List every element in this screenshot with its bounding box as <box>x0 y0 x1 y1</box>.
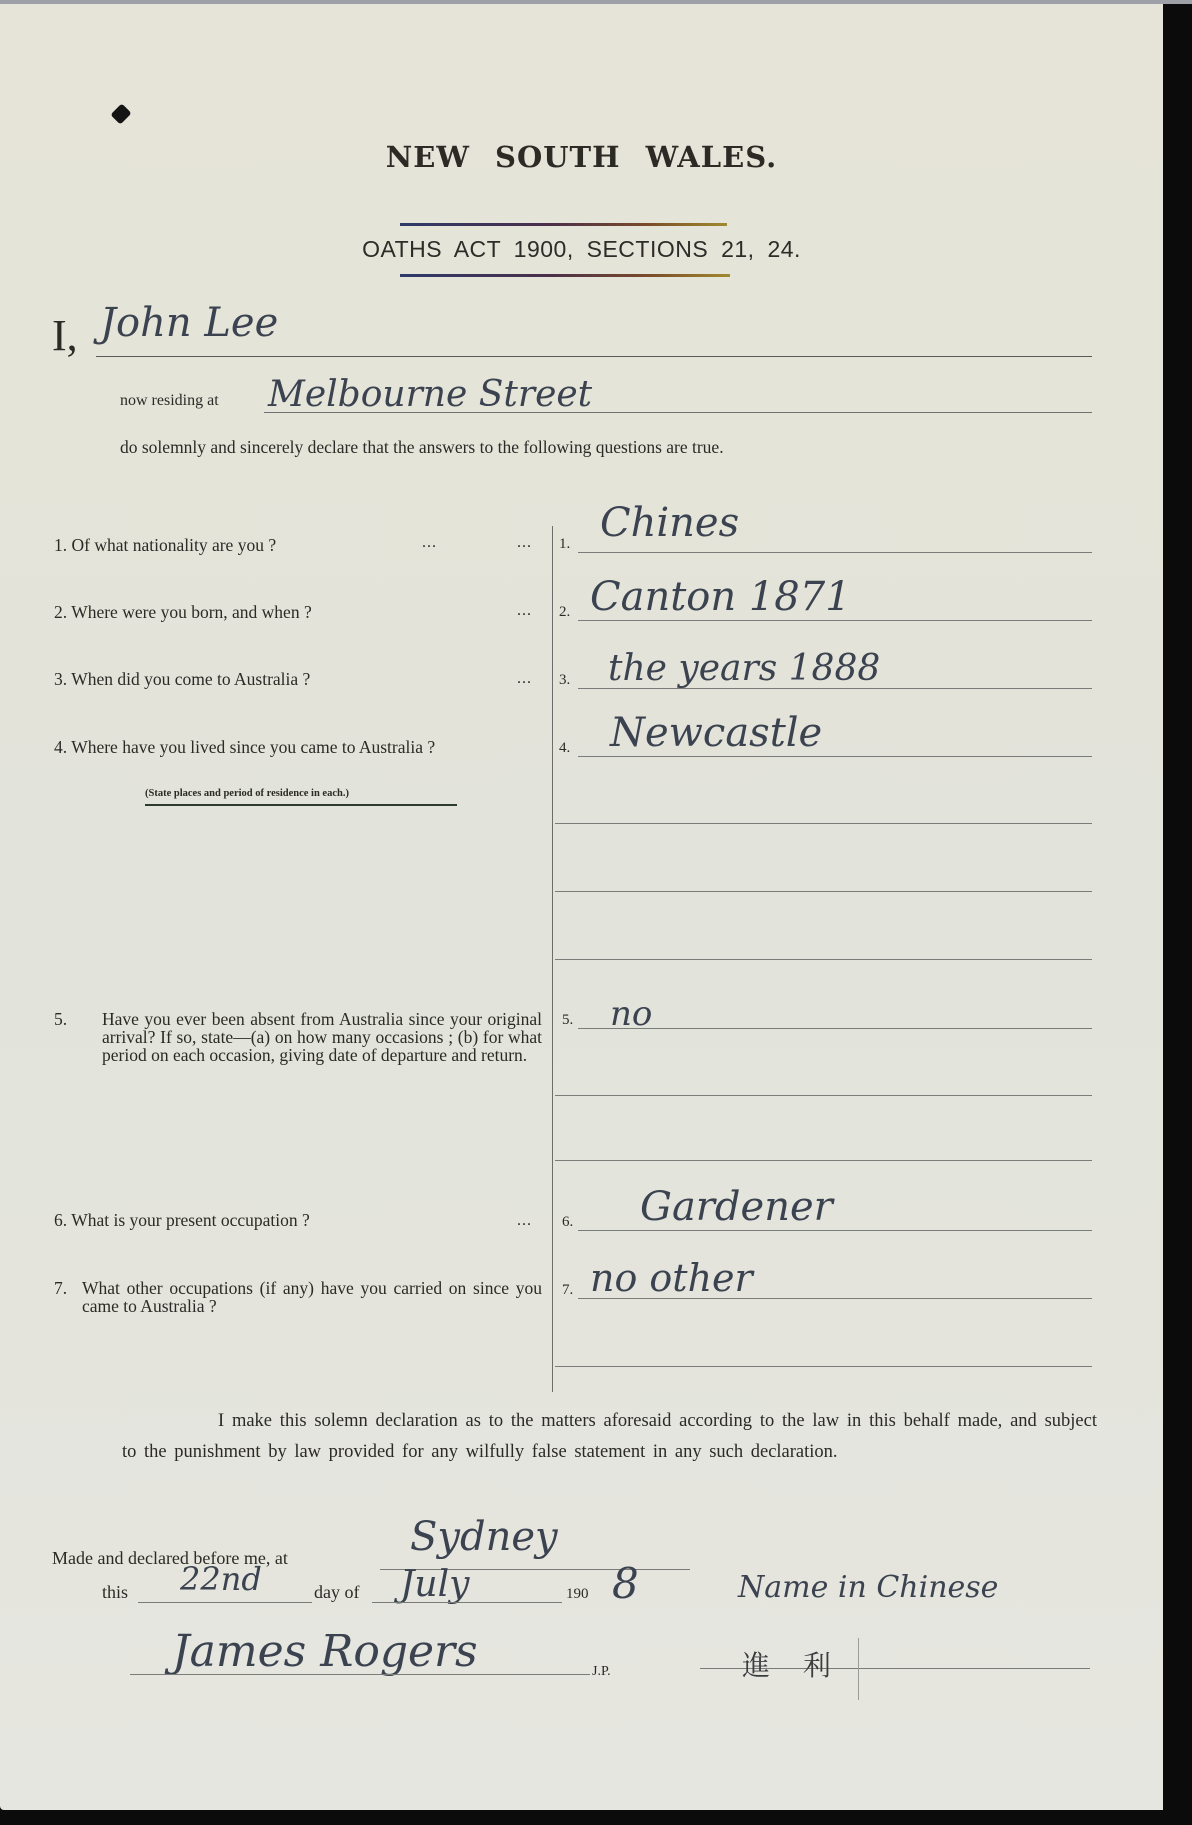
question-text: Where have you lived since you came to A… <box>71 737 435 757</box>
answer-number: 4. <box>559 740 570 757</box>
question-number: 1. <box>54 535 67 555</box>
answer-7-line <box>578 1298 1092 1299</box>
answer-number: 2. <box>559 604 570 621</box>
punch-hole-mark <box>110 103 131 124</box>
month-line <box>372 1602 562 1603</box>
question-number: 4. <box>54 737 67 757</box>
question-number: 5. <box>54 1010 67 1028</box>
answer-number: 6. <box>562 1214 573 1231</box>
question-text: Where were you born, and when ? <box>71 602 312 622</box>
answer-3-line <box>578 688 1092 689</box>
chinese-name-field[interactable]: 進 利 <box>742 1644 843 1684</box>
question-text: Of what nationality are you ? <box>72 535 277 555</box>
answer-1-field[interactable]: Chines <box>600 500 739 546</box>
answer-number: 1. <box>559 536 570 553</box>
answer-5-line-extra <box>555 1160 1092 1161</box>
declarant-name-field[interactable]: John Lee <box>100 300 278 346</box>
chinese-name-divider <box>858 1638 859 1700</box>
residence-field[interactable]: Melbourne Street <box>268 374 592 415</box>
answer-6-line <box>578 1230 1092 1231</box>
answer-number: 7. <box>562 1282 573 1299</box>
leader-dots: ... <box>517 1212 532 1230</box>
jp-signature-line <box>130 1674 590 1675</box>
answer-1-line <box>578 552 1092 553</box>
answer-4-field[interactable]: Newcastle <box>610 710 822 756</box>
question-text: What other occupations (if any) have you… <box>82 1279 542 1315</box>
question-3: 3. When did you come to Australia ? <box>54 670 310 688</box>
answer-7-field[interactable]: no other <box>590 1256 753 1300</box>
name-line <box>96 356 1092 357</box>
page-title: NEW SOUTH WALES. <box>0 140 1163 174</box>
answer-4-line <box>578 756 1092 757</box>
answer-4-line-extra <box>555 891 1092 892</box>
question-4: 4. Where have you lived since you came t… <box>54 738 538 756</box>
document-page: NEW SOUTH WALES. OATHS ACT 1900, SECTION… <box>0 4 1163 1810</box>
jp-label: J.P. <box>592 1664 611 1680</box>
question-1: 1. Of what nationality are you ? <box>54 536 276 554</box>
solemn-declaration-text: I make this solemn declaration as to the… <box>122 1406 1097 1468</box>
leader-dots: ... <box>517 602 532 620</box>
month-field[interactable]: July <box>400 1564 469 1605</box>
residing-label: now residing at <box>120 392 219 410</box>
answer-5-line-extra <box>555 1095 1092 1096</box>
residence-line <box>264 412 1092 413</box>
answer-5-line <box>578 1028 1092 1029</box>
question-number: 6. <box>54 1210 67 1230</box>
year-prefix: 190 <box>566 1586 589 1603</box>
title-rule-top <box>400 223 727 226</box>
day-of-label: day of <box>314 1582 359 1603</box>
question-text: When did you come to Australia ? <box>71 669 310 689</box>
jp-signature-field[interactable]: James Rogers <box>172 1626 478 1677</box>
answer-2-field[interactable]: Canton 1871 <box>590 574 851 620</box>
answer-3-field[interactable]: the years 1888 <box>608 648 880 689</box>
question-7: 7. What other occupations (if any) have … <box>54 1279 542 1315</box>
answer-4-line-extra <box>555 823 1092 824</box>
day-line <box>138 1602 312 1603</box>
question-text: What is your present occupation ? <box>71 1210 310 1230</box>
note-underline <box>145 804 457 806</box>
title-rule-bottom <box>400 274 730 277</box>
question-5: 5. Have you ever been absent from Austra… <box>54 1010 542 1064</box>
question-4-note: (State places and period of residence in… <box>145 788 349 799</box>
answer-6-field[interactable]: Gardener <box>640 1184 833 1230</box>
question-number: 3. <box>54 669 67 689</box>
place-field[interactable]: Sydney <box>410 1514 558 1560</box>
year-suffix-field[interactable]: 8 <box>612 1559 639 1608</box>
question-number: 2. <box>54 602 67 622</box>
answer-number: 5. <box>562 1012 573 1029</box>
answer-number: 3. <box>559 672 570 689</box>
name-in-chinese-note: Name in Chinese <box>738 1570 998 1605</box>
leader-dots: ... <box>517 534 532 552</box>
declaration-intro: do solemnly and sincerely declare that t… <box>120 437 724 458</box>
answer-2-line <box>578 620 1092 621</box>
question-number: 7. <box>54 1279 67 1297</box>
leader-dots: ... <box>517 670 532 688</box>
question-2: 2. Where were you born, and when ? <box>54 603 312 621</box>
this-label: this <box>102 1582 128 1603</box>
day-field[interactable]: 22nd <box>180 1560 262 1598</box>
page-subtitle: OATHS ACT 1900, SECTIONS 21, 24. <box>0 236 1163 263</box>
leader-dots: ... <box>422 534 437 552</box>
column-divider <box>552 526 553 1392</box>
answer-4-line-extra <box>555 959 1092 960</box>
question-text: Have you ever been absent from Australia… <box>102 1010 542 1064</box>
question-6: 6. What is your present occupation ? <box>54 1211 310 1229</box>
answer-7-line-extra <box>555 1366 1092 1367</box>
declarant-prefix: I, <box>52 310 78 361</box>
